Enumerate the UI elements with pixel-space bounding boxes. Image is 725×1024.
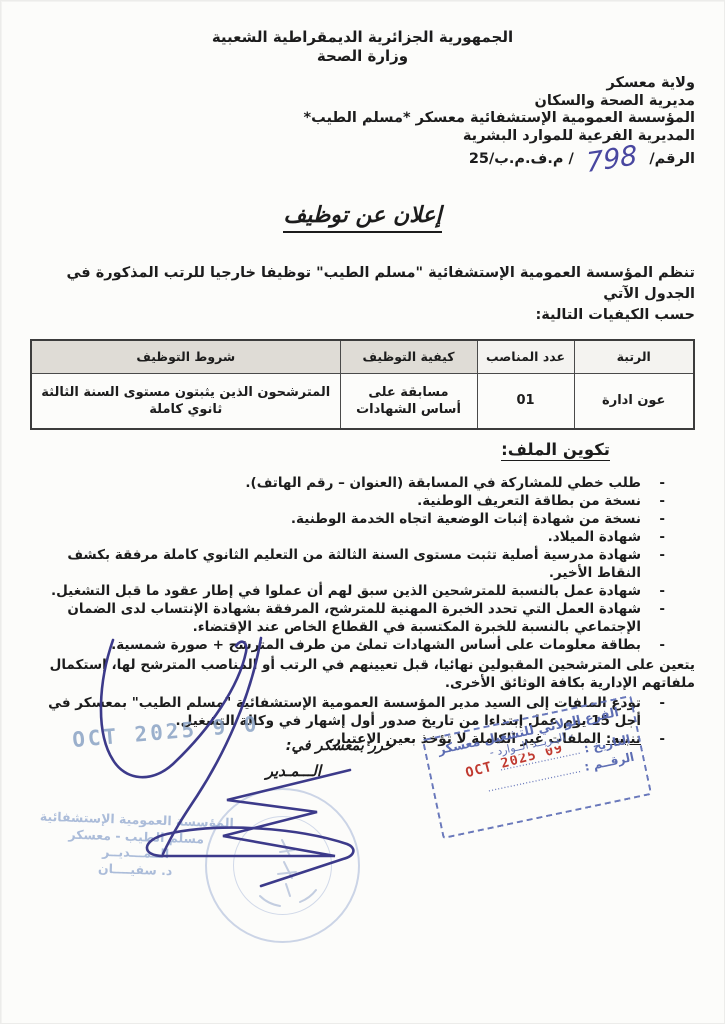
dash-marker: - <box>659 546 665 564</box>
document-header: الجمهورية الجزائرية الديمقراطية الشعبية … <box>30 28 695 66</box>
intro-line-2: حسب الكيفيات التالية: <box>30 305 695 326</box>
dash-marker: - <box>659 474 665 492</box>
list-item-text: بطاقة معلومات على أساس الشهادات تملئ من … <box>111 637 641 653</box>
table-header-row: الرتبة عدد المناصب كيفية التوظيف شروط ال… <box>31 340 694 373</box>
completion-paragraph: يتعين على المترشحين المقبولين نهائيا، قب… <box>30 657 695 692</box>
list-item: -نسخة من شهادة إثبات الوضعية اتجاه الخدم… <box>30 510 667 528</box>
ref-label: الرقم/ <box>649 151 695 169</box>
announcement-title: إعلان عن توظيف <box>283 203 441 233</box>
round-stamp-inner-circle <box>233 816 332 915</box>
header-method: كيفية التوظيف <box>340 340 477 373</box>
dash-marker: - <box>659 694 665 712</box>
round-official-stamp <box>205 788 360 943</box>
dash-marker: - <box>659 730 665 748</box>
handwritten-ref-number: 798 <box>586 146 638 174</box>
dossier-list: -طلب خطي للمشاركة في المسابقة (العنوان –… <box>30 474 695 654</box>
list-item: -طلب خطي للمشاركة في المسابقة (العنوان –… <box>30 474 667 492</box>
header-count: عدد المناصب <box>477 340 574 373</box>
dash-marker: - <box>659 600 665 618</box>
list-item: -شهادة عمل بالنسبة للمترشحين الذين سبق ل… <box>30 582 667 600</box>
ref-suffix: / م.ف.م.ب/25 <box>469 151 574 169</box>
dash-marker: - <box>659 636 665 654</box>
header-rank: الرتبة <box>574 340 694 373</box>
wilaya-line: ولاية معسكر <box>30 75 695 93</box>
drafted-at-line: حرر بمعسكر في: <box>286 738 393 754</box>
list-item: -شهادة مدرسية أصلية تثبت مستوى السنة الث… <box>30 546 667 582</box>
dossier-heading: تكوين الملف: <box>501 440 610 461</box>
dash-marker: - <box>659 582 665 600</box>
intro-line-1: تنظم المؤسسة العمومية الإستشفائية "مسلم … <box>30 263 695 305</box>
list-item-text: نسخة من شهادة إثبات الوضعية اتجاه الخدمة… <box>291 511 641 527</box>
organization-block: ولاية معسكر مديرية الصحة والسكان المؤسسة… <box>30 75 695 173</box>
republic-title: الجمهورية الجزائرية الديمقراطية الشعبية <box>30 28 695 47</box>
establishment-line: المؤسسة العمومية الإستشفائية معسكر *مسلم… <box>30 110 695 128</box>
cell-count: 01 <box>477 373 574 429</box>
list-item: -شهادة العمل التي تحدد الخبرة المهنية لل… <box>30 600 667 636</box>
dash-marker: - <box>659 510 665 528</box>
dash-marker: - <box>659 528 665 546</box>
list-item-text: نسخة من بطاقة التعريف الوطنية. <box>417 493 641 509</box>
dash-marker: - <box>659 492 665 510</box>
document-content: الجمهورية الجزائرية الديمقراطية الشعبية … <box>0 0 725 748</box>
list-item-text: شهادة عمل بالنسبة للمترشحين الذين سبق له… <box>51 583 641 599</box>
list-item-text: شهادة العمل التي تحدد الخبرة المهنية للم… <box>67 601 641 635</box>
ministry-title: وزارة الصحة <box>30 47 695 66</box>
list-item-text: شهادة مدرسية أصلية تثبت مستوى السنة الثا… <box>67 547 641 581</box>
recruitment-table: الرتبة عدد المناصب كيفية التوظيف شروط ال… <box>30 339 695 430</box>
director-line: الـــمـدير <box>266 762 321 780</box>
table-row: عون ادارة 01 مسابقة على أساس الشهادات ال… <box>31 373 694 429</box>
list-item: -بطاقة معلومات على أساس الشهادات تملئ من… <box>30 636 667 654</box>
announcement-title-wrap: إعلان عن توظيف <box>30 203 695 233</box>
directorate-line: مديرية الصحة والسكان <box>30 93 695 111</box>
scanned-document-page: الجمهورية الجزائرية الديمقراطية الشعبية … <box>0 0 725 1024</box>
intro-paragraph: تنظم المؤسسة العمومية الإستشفائية "مسلم … <box>30 263 695 326</box>
list-item: -نسخة من بطاقة التعريف الوطنية. <box>30 492 667 510</box>
sub-directorate-line: المديرية الفرعية للموارد البشرية <box>30 128 695 146</box>
cell-method: مسابقة على أساس الشهادات <box>340 373 477 429</box>
cell-rank: عون ادارة <box>574 373 694 429</box>
list-item-text: شهادة الميلاد. <box>548 529 641 545</box>
list-item-text: طلب خطي للمشاركة في المسابقة (العنوان – … <box>245 475 641 491</box>
header-conditions: شروط التوظيف <box>31 340 340 373</box>
dossier-heading-wrap: تكوين الملف: <box>30 440 695 461</box>
reference-number-line: الرقم/ 798 / م.ف.م.ب/25 <box>30 147 695 173</box>
list-item: -شهادة الميلاد. <box>30 528 667 546</box>
cell-conditions: المترشحون الذين يثبتون مستوى السنة الثال… <box>31 373 340 429</box>
